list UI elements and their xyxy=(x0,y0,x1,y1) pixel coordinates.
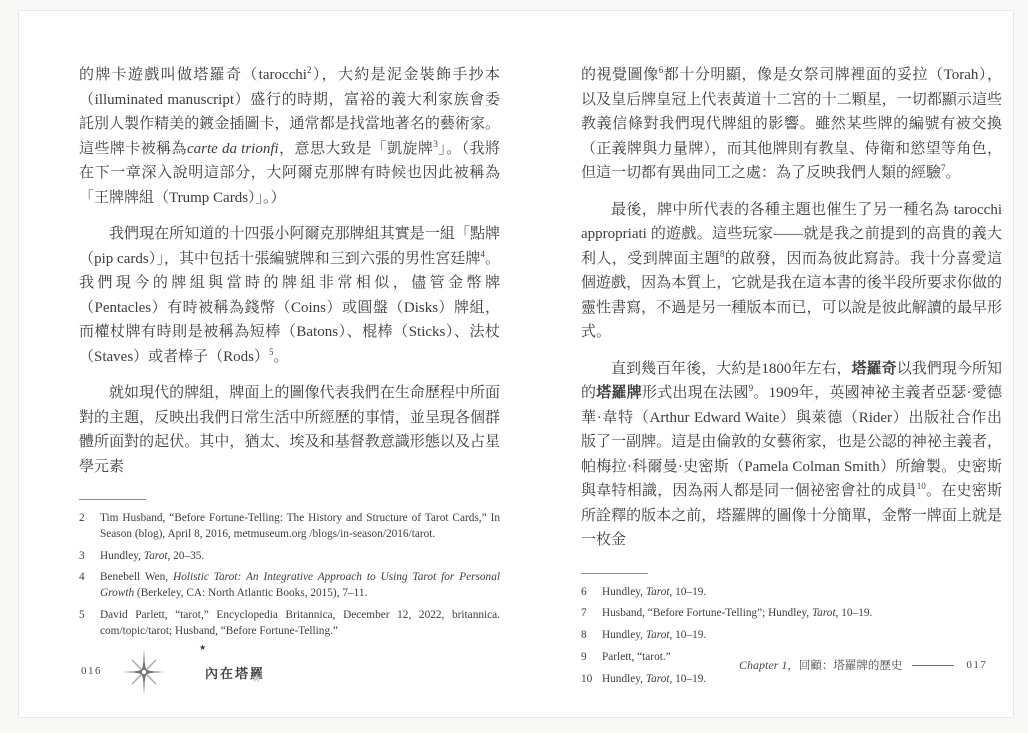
footnote-text: Hundley, Tarot, 20–35. xyxy=(100,549,500,565)
footnote-number: 4 xyxy=(79,570,100,602)
chapter-title: ，回顧：塔羅牌的歷史 xyxy=(787,657,902,673)
left-page-text-column: 的牌卡遊戲叫做塔羅奇（tarocchi2），大約是泥金裝飾手抄本（illumin… xyxy=(79,63,500,646)
footnote-item: 5 David Parlett, “tarot,” Encyclopedia B… xyxy=(79,608,500,640)
footnote-text: Hundley, Tarot, 10–19. xyxy=(602,585,1002,601)
paragraph: 的視覺圖像6都十分明顯，像是女祭司牌裡面的妥拉（Torah），以及皇后牌皇冠上代… xyxy=(581,63,1002,186)
page-number: 017 xyxy=(966,659,987,671)
star-icon-gray: ★ xyxy=(251,671,262,686)
footnote-number: 7 xyxy=(581,606,602,622)
book-spread: 的牌卡遊戲叫做塔羅奇（tarocchi2），大約是泥金裝飾手抄本（illumin… xyxy=(18,10,1014,718)
right-page-footer: Chapter 1，回顧：塔羅牌的歷史 017 xyxy=(739,657,987,673)
footnote-text: Husband, “Before Fortune-Telling”; Hundl… xyxy=(602,606,1002,622)
page-number: 016 xyxy=(81,665,102,677)
paragraph: 最後，牌中所代表的各種主題也催生了另一種名為 tarocchi appropri… xyxy=(581,198,1002,345)
footnote-item: 6 Hundley, Tarot, 10–19. xyxy=(581,585,1002,601)
footnote-number: 3 xyxy=(79,549,100,565)
star-icon: ★ xyxy=(199,643,206,652)
chapter-label: Chapter 1 xyxy=(739,658,787,673)
footnote-item: 4 Benebell Wen, Holistic Tarot: An Integ… xyxy=(79,570,500,602)
footnote-number: 8 xyxy=(581,628,602,644)
footnote-item: 8 Hundley, Tarot, 10–19. xyxy=(581,628,1002,644)
footnote-item: 3 Hundley, Tarot, 20–35. xyxy=(79,549,500,565)
right-page-text-column: 的視覺圖像6都十分明顯，像是女祭司牌裡面的妥拉（Torah），以及皇后牌皇冠上代… xyxy=(581,63,1002,693)
footnote-item: 10 Hundley, Tarot, 10–19. xyxy=(581,672,1002,688)
footnote-text: David Parlett, “tarot,” Encyclopedia Bri… xyxy=(100,608,500,640)
paragraph: 就如現代的牌組，牌面上的圖像代表我們在生命歷程中所面對的主題，反映出我們日常生活… xyxy=(79,381,500,479)
footnote-number: 2 xyxy=(79,511,100,543)
left-page-footer: 016 ★ 內在塔羅 ★ xyxy=(79,639,279,699)
footnote-separator xyxy=(581,573,648,574)
footnote-text: Hundley, Tarot, 10–19. xyxy=(602,672,1002,688)
footnote-number: 10 xyxy=(581,672,602,688)
footnote-number: 9 xyxy=(581,650,602,666)
footnote-text: Hundley, Tarot, 10–19. xyxy=(602,628,1002,644)
footnote-number: 6 xyxy=(581,585,602,601)
paragraph: 直到幾百年後，大約是1800年左右，塔羅奇以我們現今所知的塔羅牌形式出現在法國9… xyxy=(581,357,1002,553)
footnote-number: 5 xyxy=(79,608,100,640)
footnote-text: Benebell Wen, Holistic Tarot: An Integra… xyxy=(100,570,500,602)
paragraph: 的牌卡遊戲叫做塔羅奇（tarocchi2），大約是泥金裝飾手抄本（illumin… xyxy=(79,63,500,210)
footer-rule xyxy=(912,665,954,666)
footnote-text: Tim Husband, “Before Fortune-Telling: Th… xyxy=(100,511,500,543)
footnote-section: 2 Tim Husband, “Before Fortune-Telling: … xyxy=(79,499,500,640)
starburst-icon xyxy=(121,649,167,700)
footnote-item: 7 Husband, “Before Fortune-Telling”; Hun… xyxy=(581,606,1002,622)
footnote-separator xyxy=(79,499,146,500)
footnote-item: 2 Tim Husband, “Before Fortune-Telling: … xyxy=(79,511,500,543)
paragraph: 我們現在所知道的十四張小阿爾克那牌組其實是一組「點牌（pip cards）」，其… xyxy=(79,222,500,369)
